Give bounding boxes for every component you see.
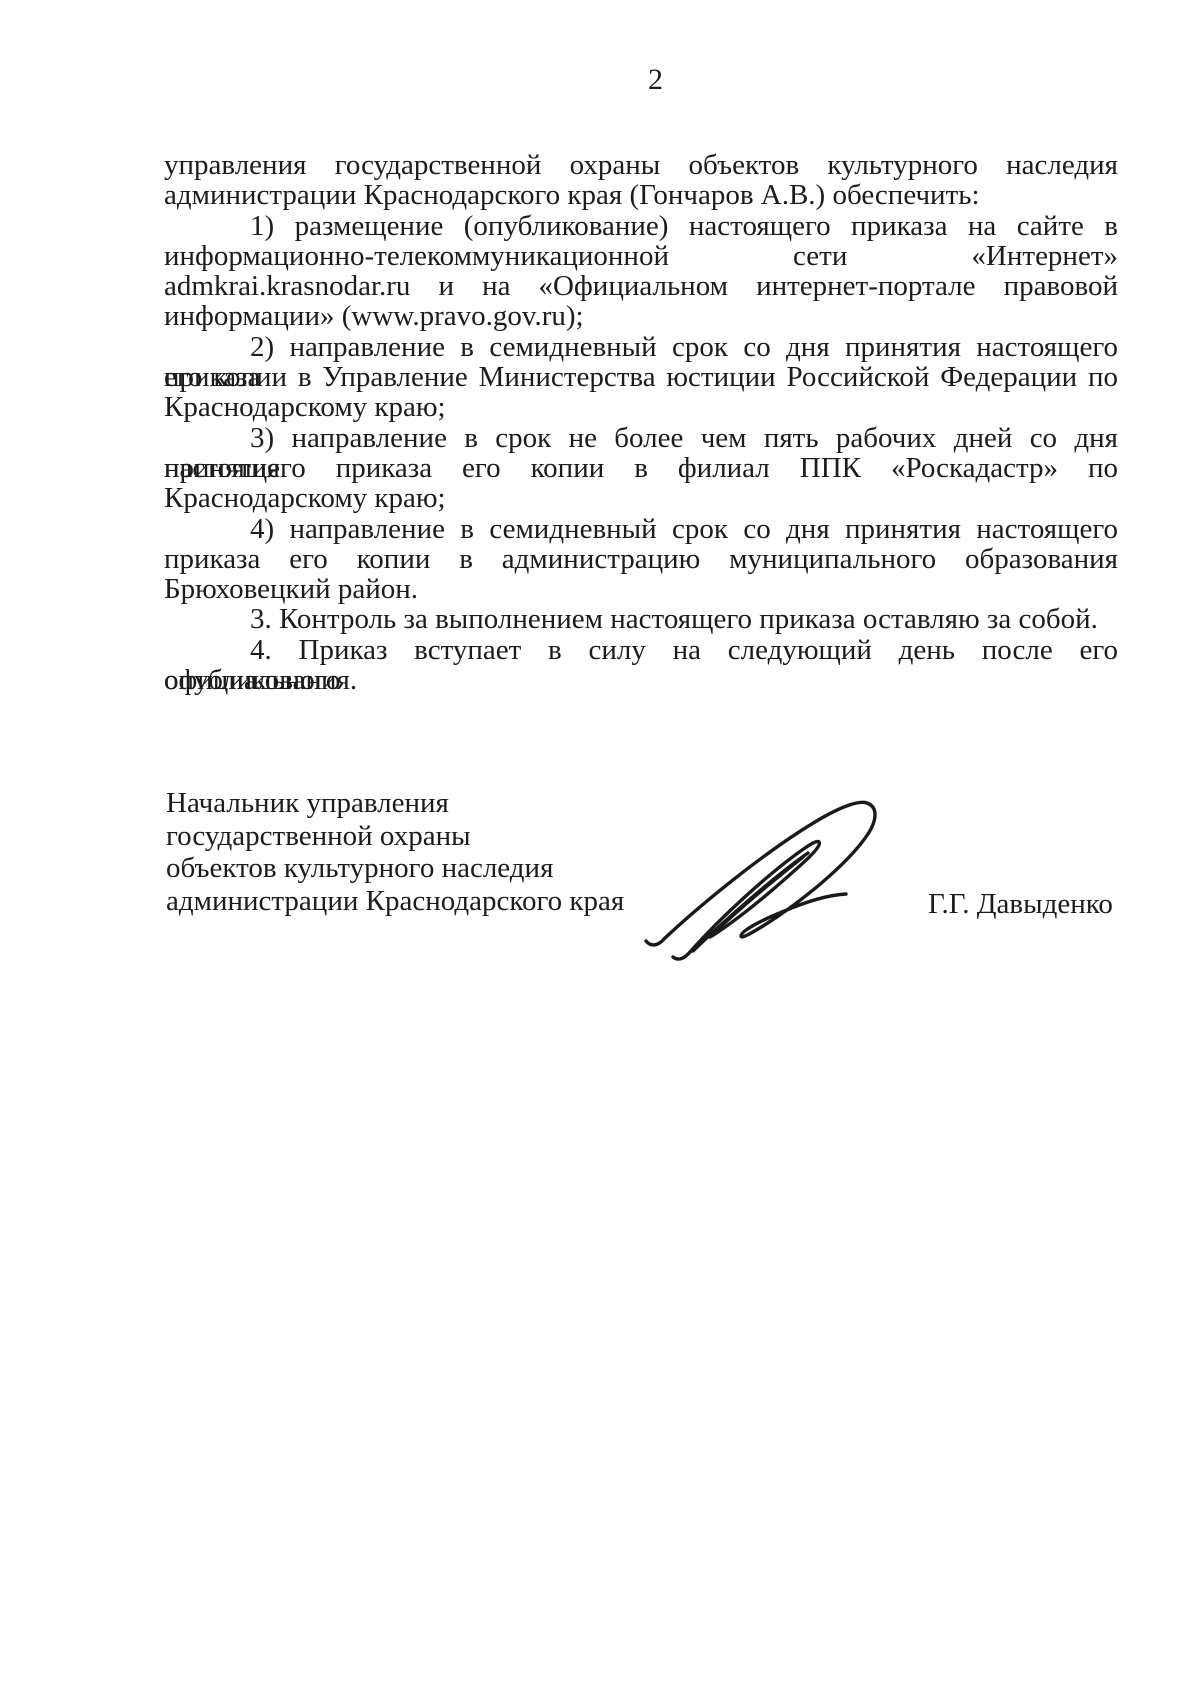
signer-name: Г.Г. Давыденко <box>928 888 1113 920</box>
document-line: 3. Контроль за выполнением настоящего пр… <box>164 604 1118 634</box>
document-line: опубликования. <box>164 665 1118 695</box>
signer-title-line: объектов культурного наследия <box>166 852 624 885</box>
document-line: администрации Краснодарского края (Гонча… <box>164 180 1118 210</box>
signer-title-line: администрации Краснодарского края <box>166 885 624 918</box>
document-line: информации» (www.pravo.gov.ru); <box>164 301 1118 331</box>
page-number: 2 <box>648 64 663 96</box>
document-line: admkrai.krasnodar.ru и на «Официальном и… <box>164 271 1118 301</box>
document-line: 4) направление в семидневный срок со дня… <box>164 514 1118 544</box>
document-line: приказа его копии в администрацию муници… <box>164 544 1118 574</box>
document-line: Краснодарскому краю; <box>164 483 1118 513</box>
document-line: 3) направление в срок не более чем пять … <box>164 423 1118 453</box>
document-line: его копии в Управление Министерства юсти… <box>164 362 1118 392</box>
document-line: 1) размещение (опубликование) настоящего… <box>164 211 1118 241</box>
document-line: 2) направление в семидневный срок со дня… <box>164 332 1118 362</box>
document-line: Краснодарскому краю; <box>164 392 1118 422</box>
signer-title-line: Начальник управления <box>166 787 624 820</box>
document-body: управления государственной охраны объект… <box>164 150 1118 695</box>
signer-title: Начальник управлениягосударственной охра… <box>166 787 624 917</box>
document-line: информационно-телекоммуникационной сети … <box>164 241 1118 271</box>
document-line: настоящего приказа его копии в филиал ПП… <box>164 453 1118 483</box>
document-line: 4. Приказ вступает в силу на следующий д… <box>164 635 1118 665</box>
document-page: 2 управления государственной охраны объе… <box>0 0 1200 1699</box>
signature-scribble-icon <box>560 740 920 980</box>
document-line: управления государственной охраны объект… <box>164 150 1118 180</box>
signer-title-line: государственной охраны <box>166 820 624 853</box>
document-line: Брюховецкий район. <box>164 574 1118 604</box>
